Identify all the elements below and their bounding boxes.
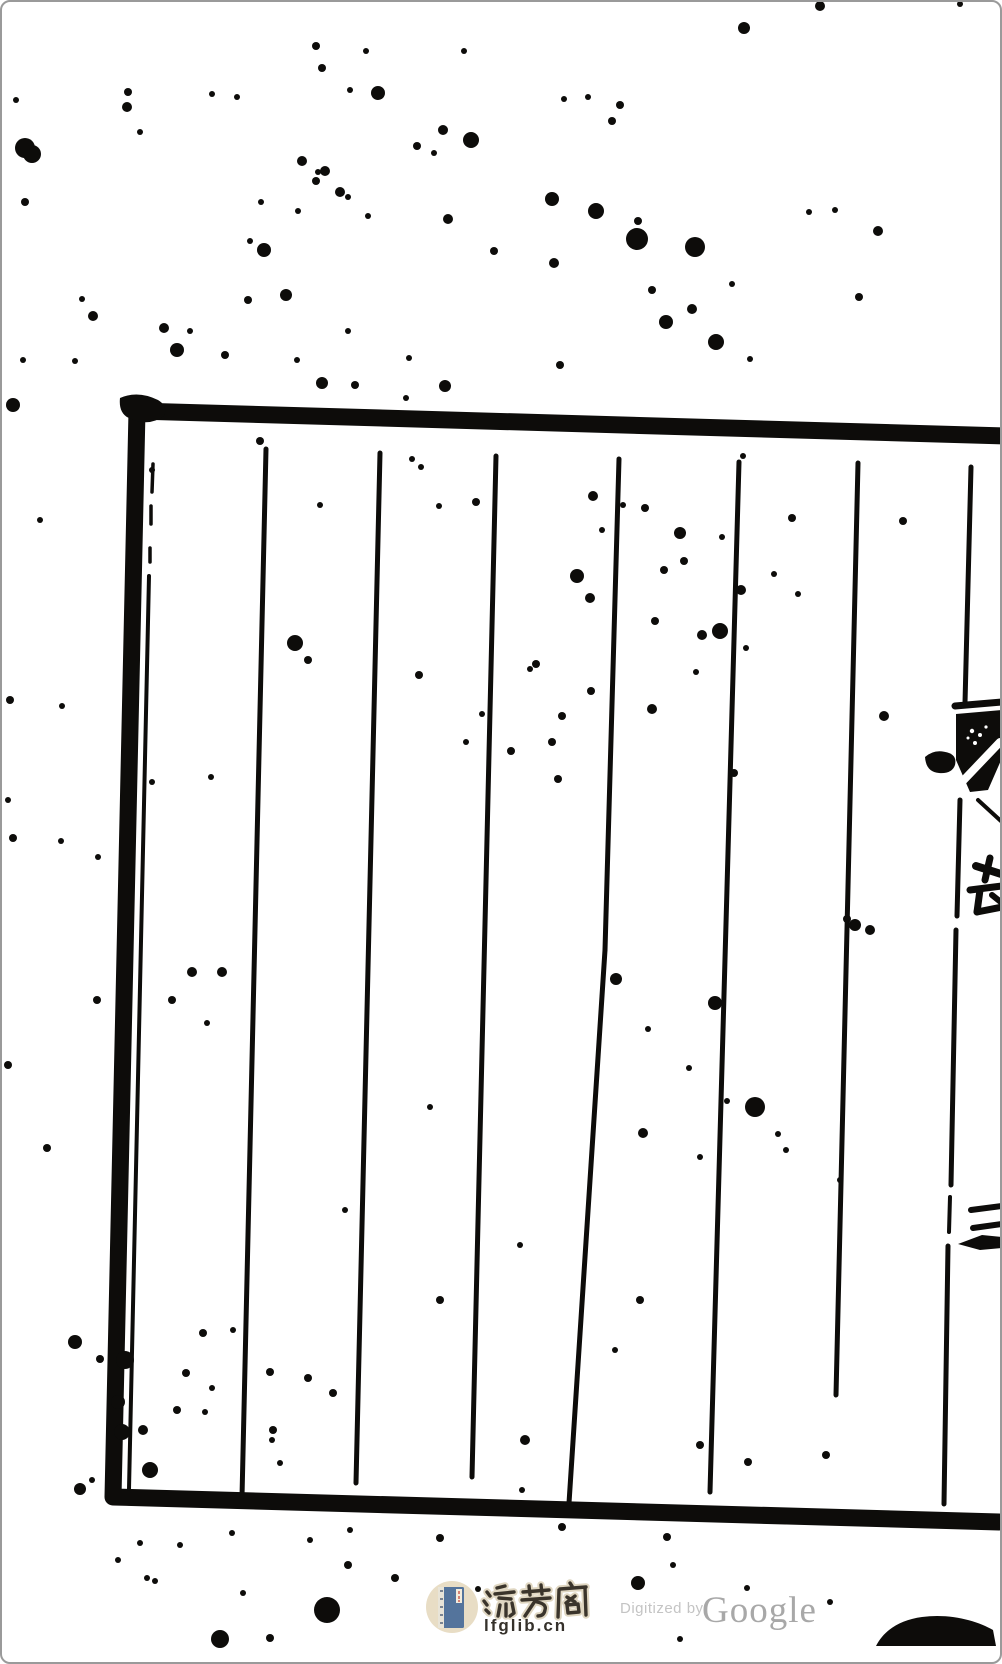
ink-speck (843, 915, 851, 923)
ink-speck (588, 491, 598, 501)
ink-speck (520, 1435, 530, 1445)
ink-speck (472, 498, 480, 506)
ink-speck (585, 593, 595, 603)
ink-speck (116, 1351, 134, 1369)
ink-speck (72, 358, 78, 364)
ink-speck (371, 86, 385, 100)
ink-speck (199, 1329, 207, 1337)
ink-speck (347, 87, 353, 93)
ink-speck (21, 198, 29, 206)
ink-speck (815, 1, 825, 11)
ink-speck (6, 696, 14, 704)
ink-speck (738, 22, 750, 34)
ink-speck (647, 704, 657, 714)
ink-speck (463, 132, 479, 148)
ink-speck (182, 1369, 190, 1377)
ink-speck (616, 101, 624, 109)
ink-speck (631, 1576, 645, 1590)
ink-speck (620, 502, 626, 508)
ink-speck (13, 97, 19, 103)
ink-speck (475, 1586, 481, 1592)
ink-speck (317, 502, 323, 508)
ink-speck (122, 102, 132, 112)
ink-speck (315, 169, 321, 175)
ink-speck (5, 797, 11, 803)
ink-speck (365, 213, 371, 219)
ink-speck (187, 328, 193, 334)
ink-speck (745, 1097, 765, 1117)
ink-speck (712, 623, 728, 639)
ink-speck (137, 1540, 143, 1546)
ink-speck (670, 1562, 676, 1568)
ink-speck (409, 456, 415, 462)
ink-speck (443, 214, 453, 224)
ink-speck (663, 1533, 671, 1541)
ink-speck (345, 194, 351, 200)
ink-speck (314, 1597, 340, 1623)
ink-speck (168, 996, 176, 1004)
ink-speck (209, 91, 215, 97)
ink-speck (342, 1207, 348, 1213)
ink-speck (159, 323, 169, 333)
ink-speck (312, 177, 320, 185)
ink-speck (418, 464, 424, 470)
ink-speck (295, 208, 301, 214)
ink-speck (79, 296, 85, 302)
ink-speck (436, 503, 442, 509)
ink-speck (177, 1542, 183, 1548)
ink-speck (687, 304, 697, 314)
ink-speck (9, 834, 17, 842)
ink-speck (320, 166, 330, 176)
ink-speck (347, 1527, 353, 1533)
ink-speck (95, 854, 101, 860)
ink-speck (479, 711, 485, 717)
ink-speck (406, 355, 412, 361)
ink-speck (832, 207, 838, 213)
ink-speck (89, 1477, 95, 1483)
ink-speck (685, 237, 705, 257)
ink-speck (208, 774, 214, 780)
ink-speck (648, 286, 656, 294)
ink-speck (570, 569, 584, 583)
ink-speck (149, 779, 155, 785)
ink-speck (316, 377, 328, 389)
watermark-badge (426, 1581, 478, 1633)
ink-speck (837, 1177, 843, 1183)
ink-speck (58, 838, 64, 844)
ink-speck (641, 504, 649, 512)
ink-speck (277, 1460, 283, 1466)
ink-speck (221, 351, 229, 359)
ink-speck (507, 747, 515, 755)
fragment-top-rule (955, 702, 1002, 706)
ink-speck (344, 1561, 352, 1569)
ink-speck (638, 1128, 648, 1138)
ink-speck (612, 1347, 618, 1353)
ink-speck (490, 247, 498, 255)
ink-speck (403, 395, 409, 401)
ink-speck (708, 996, 722, 1010)
ink-speck (708, 334, 724, 350)
ink-speck (686, 1065, 692, 1071)
ink-speck (96, 1355, 104, 1363)
column-line (957, 800, 960, 916)
ink-speck (806, 209, 812, 215)
ink-speck (651, 617, 659, 625)
ink-speck (74, 1483, 86, 1495)
ink-speck (438, 125, 448, 135)
scanned-page: lfglib.cn Digitized by Google (0, 0, 1002, 1664)
ink-speck (849, 919, 861, 931)
ink-speck (587, 687, 595, 695)
ink-speck (297, 156, 307, 166)
ink-speck (20, 357, 26, 363)
ink-speck (230, 1327, 236, 1333)
ink-speck (879, 711, 889, 721)
ink-speck (463, 739, 469, 745)
ink-speck (899, 517, 907, 525)
ink-speck (312, 42, 320, 50)
ink-speck (427, 1104, 433, 1110)
google-logo: Google (702, 1590, 817, 1631)
ink-speck (674, 527, 686, 539)
ink-speck (736, 585, 746, 595)
ink-speck (209, 1385, 215, 1391)
ink-speck (294, 357, 300, 363)
ink-speck (258, 199, 264, 205)
ink-speck (37, 517, 43, 523)
ink-speck (461, 48, 467, 54)
book-icon (438, 1587, 464, 1628)
ink-speck (680, 557, 688, 565)
ink-speck (561, 96, 567, 102)
ink-speck (256, 437, 264, 445)
ink-speck (211, 1630, 229, 1648)
ink-speck (202, 1409, 208, 1415)
ink-speck (269, 1426, 277, 1434)
ink-speck (740, 453, 746, 459)
ink-speck (304, 656, 312, 664)
ink-speck (391, 1574, 399, 1582)
ink-speck (549, 258, 559, 268)
ink-speck (783, 1147, 789, 1153)
ink-speck (149, 467, 155, 473)
ink-speck (170, 343, 184, 357)
ink-speck (217, 967, 227, 977)
ink-speck (724, 1098, 730, 1104)
ink-speck (660, 566, 668, 574)
ink-speck (415, 671, 423, 679)
ink-speck (23, 145, 41, 163)
ink-speck (730, 769, 738, 777)
ink-speck (287, 635, 303, 651)
ink-speck (634, 217, 642, 225)
ink-speck (142, 1462, 158, 1478)
ink-speck (556, 361, 564, 369)
ink-speck (548, 738, 556, 746)
ink-speck (436, 1534, 444, 1542)
ink-speck (696, 1441, 704, 1449)
page-scan-canvas: lfglib.cn Digitized by Google (0, 0, 1002, 1664)
ink-speck (280, 289, 292, 301)
ink-speck (329, 1389, 337, 1397)
ink-speck (697, 1154, 703, 1160)
ink-speck (636, 1296, 644, 1304)
ink-speck (610, 973, 622, 985)
ink-speck (247, 238, 253, 244)
ink-speck (144, 1575, 150, 1581)
ink-speck (59, 703, 65, 709)
ink-speck (855, 293, 863, 301)
ink-speck (744, 1458, 752, 1466)
ink-speck (517, 1242, 523, 1248)
ink-speck (795, 591, 801, 597)
ink-speck (351, 381, 359, 389)
ink-speck (111, 1395, 125, 1409)
column-line (949, 1197, 950, 1232)
ink-speck (645, 1026, 651, 1032)
ink-speck (608, 117, 616, 125)
ink-speck (827, 1599, 833, 1605)
digitized-by-label: Digitized by (620, 1600, 704, 1617)
ink-speck (114, 1424, 130, 1440)
ink-speck (335, 187, 345, 197)
ink-speck (240, 1590, 246, 1596)
ink-speck (558, 712, 566, 720)
ink-speck (822, 1451, 830, 1459)
ink-speck (527, 666, 533, 672)
ink-speck (68, 1335, 82, 1349)
ink-speck (771, 571, 777, 577)
ink-speck (519, 1487, 525, 1493)
ink-speck (554, 775, 562, 783)
ink-speck (558, 1523, 566, 1531)
ink-speck (626, 228, 648, 250)
ink-speck (659, 315, 673, 329)
ink-speck (697, 630, 707, 640)
site-domain: lfglib.cn (484, 1616, 567, 1635)
ink-speck (545, 192, 559, 206)
ink-speck (187, 967, 197, 977)
ink-speck (304, 1374, 312, 1382)
ink-speck (436, 1296, 444, 1304)
ink-speck (788, 514, 796, 522)
ink-speck (865, 925, 875, 935)
ink-speck (6, 398, 20, 412)
ink-speck (229, 1530, 235, 1536)
ink-speck (729, 281, 735, 287)
ink-speck (257, 243, 271, 257)
ink-speck (115, 1557, 121, 1563)
ink-speck (266, 1368, 274, 1376)
ink-speck (599, 527, 605, 533)
ink-speck (532, 660, 540, 668)
ink-speck (124, 88, 132, 96)
ink-speck (93, 996, 101, 1004)
ink-speck (137, 129, 143, 135)
ink-speck (43, 1144, 51, 1152)
ink-speck (363, 48, 369, 54)
ink-speck (173, 1406, 181, 1414)
ink-speck (677, 1636, 683, 1642)
ink-speck (307, 1537, 313, 1543)
ink-speck (318, 64, 326, 72)
ink-speck (585, 94, 591, 100)
ink-speck (204, 1020, 210, 1026)
ink-speck (693, 669, 699, 675)
ink-speck (747, 356, 753, 362)
ink-speck (269, 1437, 275, 1443)
ink-speck (439, 380, 451, 392)
ink-speck (4, 1061, 12, 1069)
ink-speck (266, 1634, 274, 1642)
ink-speck (244, 296, 252, 304)
ink-speck (413, 142, 421, 150)
ink-speck (345, 328, 351, 334)
ink-speck (234, 94, 240, 100)
ink-speck (431, 150, 437, 156)
ink-speck (138, 1425, 148, 1435)
ink-speck (775, 1131, 781, 1137)
ink-speck (152, 1578, 158, 1584)
ink-speck (743, 645, 749, 651)
ink-speck (88, 311, 98, 321)
ink-speck (719, 534, 725, 540)
ink-speck (588, 203, 604, 219)
ink-speck (873, 226, 883, 236)
